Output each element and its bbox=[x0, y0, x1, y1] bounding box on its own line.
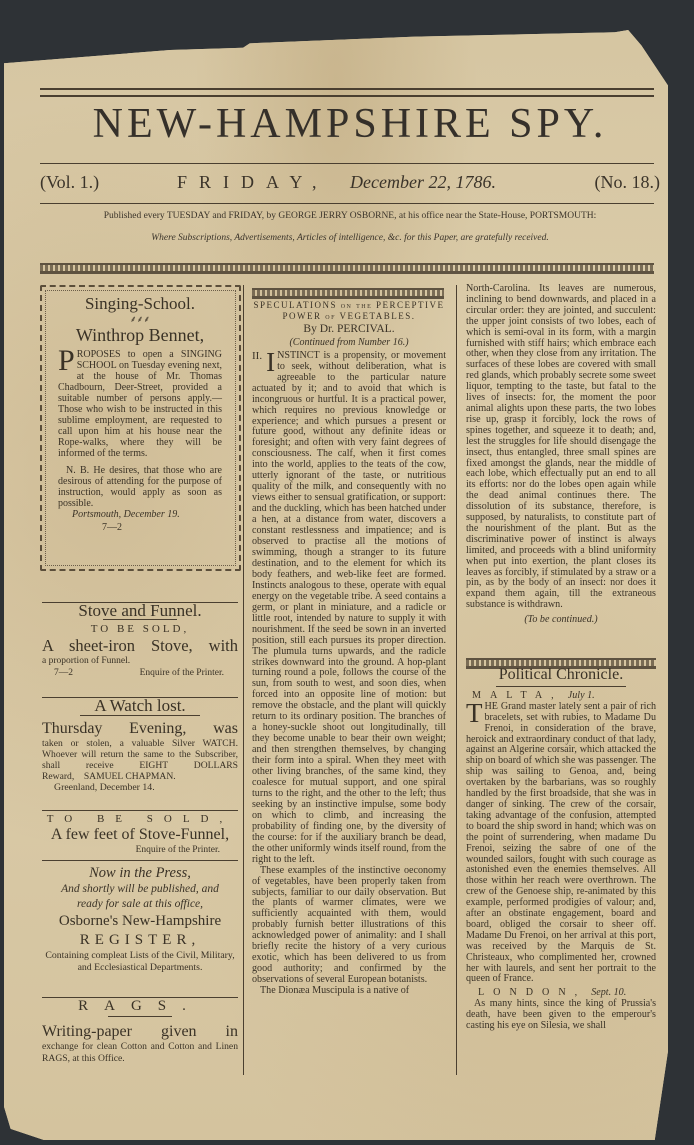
article-byline: By Dr. PERCIVAL. bbox=[252, 324, 446, 335]
register-line6: Containing compleat Lists of the Civil, … bbox=[42, 950, 238, 973]
column-divider-right bbox=[456, 285, 457, 1075]
article-dropcap: I bbox=[266, 351, 275, 373]
stove-ad: Stove and Funnel. TO BE SOLD, A sheet-ir… bbox=[42, 605, 238, 680]
masthead-top-rule bbox=[40, 88, 654, 97]
funnel-headline-text: A few feet of Stove-Funnel, bbox=[51, 826, 229, 843]
speculations-article: SPECULATIONS on the PERCEPTIVE POWER of … bbox=[252, 300, 446, 997]
singing-school-signoff: Portsmouth, December 19. bbox=[72, 509, 222, 521]
short-rule bbox=[496, 686, 626, 687]
register-line1: Now in the Press, bbox=[42, 864, 238, 882]
rags-heading: RAGS. bbox=[42, 1000, 238, 1012]
political-chronicle: Political Chronicle. MALTA, July 1. THE … bbox=[466, 670, 656, 1032]
singing-school-body: PROPOSES to open a SINGING SCHOOL on Tue… bbox=[58, 349, 222, 459]
short-rule bbox=[103, 619, 177, 620]
ornament-icon: ⸙⸙⸙ bbox=[58, 313, 222, 325]
singing-school-name: Winthrop Bennet, bbox=[58, 329, 222, 341]
stove-code: 7—2 bbox=[54, 667, 73, 679]
stove-line: a proportion of Funnel. bbox=[42, 655, 238, 667]
stove-heading: Stove and Funnel. bbox=[42, 605, 238, 617]
register-line5: REGISTER, bbox=[42, 931, 238, 950]
register-line3: ready for sale at this office, bbox=[42, 897, 238, 912]
middle-top-rule bbox=[252, 288, 444, 299]
watch-place-date: Greenland, December 14. bbox=[54, 782, 238, 794]
funnel-enquire: Enquire of the Printer. bbox=[42, 844, 238, 856]
watch-heading: A Watch lost. bbox=[42, 700, 238, 712]
singing-school-heading: Singing-School. bbox=[58, 298, 222, 310]
article-para-3: The Dionæa Muscipula is a native of bbox=[252, 986, 446, 997]
watch-headline: Thursday Evening, was bbox=[42, 719, 238, 738]
dateline: (Vol. 1.) FRIDAY, December 22, 1786. (No… bbox=[40, 172, 660, 198]
article-title-2: POWER of VEGETABLES. bbox=[252, 311, 446, 322]
continuation-text: North-Carolina. Its leaves are numerous,… bbox=[466, 284, 656, 611]
singing-school-text: ROPOSES to open a SINGING SCHOOL on Tues… bbox=[58, 349, 222, 459]
masthead-title: NEW-HAMPSHIRE SPY. bbox=[40, 100, 660, 148]
malta-place: MALTA, bbox=[472, 690, 563, 701]
short-rule bbox=[108, 1016, 172, 1017]
issue-number: (No. 18.) bbox=[595, 172, 661, 193]
speculations-continuation: North-Carolina. Its leaves are numerous,… bbox=[466, 284, 656, 626]
dateline-bottom-rule bbox=[40, 203, 654, 204]
rags-ad: RAGS. Writing-paper given in exchange fo… bbox=[42, 1000, 238, 1064]
stove-tag: TO BE SOLD, bbox=[42, 623, 238, 635]
malta-date: July 1. bbox=[568, 690, 595, 701]
register-ad: Now in the Press, And shortly will be pu… bbox=[42, 864, 238, 973]
register-line2: And shortly will be published, and bbox=[42, 882, 238, 897]
funnel-tag: TO BE SOLD, bbox=[42, 813, 238, 825]
article-title-1: SPECULATIONS on the PERCEPTIVE bbox=[252, 300, 446, 311]
malta-dropcap: T bbox=[466, 702, 483, 724]
watch-ad: A Watch lost. Thursday Evening, was take… bbox=[42, 700, 238, 795]
issue-date: December 22, 1786. bbox=[350, 172, 496, 193]
left-divider-4 bbox=[42, 860, 238, 861]
chronicle-heading: Political Chronicle. bbox=[466, 670, 656, 681]
london-place: LONDON, bbox=[478, 987, 586, 998]
article-continued: (Continued from Number 16.) bbox=[252, 338, 446, 349]
to-be-continued: (To be continued.) bbox=[466, 615, 656, 626]
funnel-ad: TO BE SOLD, A few feet of Stove-Funnel, … bbox=[42, 813, 238, 857]
left-divider-3 bbox=[42, 810, 238, 811]
column-divider-left bbox=[243, 285, 244, 1075]
stove-enquire-row: 7—2 Enquire of the Printer. bbox=[42, 667, 238, 679]
article-para-2: These examples of the instinctive oecono… bbox=[252, 866, 446, 986]
london-body: As many hints, since the king of Prussia… bbox=[466, 999, 656, 1032]
london-date: Sept. 10. bbox=[591, 987, 626, 998]
register-line4: Osborne's New-Hampshire bbox=[42, 912, 238, 931]
masthead-mid-rule bbox=[40, 163, 654, 164]
subscription-line: Where Subscriptions, Advertisements, Art… bbox=[30, 233, 670, 243]
singing-school-code: 7—2 bbox=[102, 522, 222, 534]
stove-headline: A sheet-iron Stove, with bbox=[42, 636, 238, 655]
article-para-1-text: NSTINCT is a propensity, or movement to … bbox=[252, 350, 446, 865]
malta-body-text: HE Grand master lately sent a pair of ri… bbox=[466, 701, 656, 985]
watch-body: taken or stolen, a valuable Silver WATCH… bbox=[42, 738, 238, 782]
stove-enquire: Enquire of the Printer. bbox=[140, 667, 224, 679]
singing-school-ad: Singing-School. ⸙⸙⸙ Winthrop Bennet, PRO… bbox=[58, 298, 222, 534]
singing-school-dropcap: P bbox=[58, 349, 75, 373]
watch-signer: SAMUEL CHAPMAN. bbox=[84, 771, 176, 782]
issue-day: FRIDAY, bbox=[177, 172, 329, 193]
article-para-1: II.INSTINCT is a propensity, or movement… bbox=[252, 351, 446, 866]
malta-body: THE Grand master lately sent a pair of r… bbox=[466, 702, 656, 986]
section-number: II. bbox=[252, 351, 262, 362]
rags-body: exchange for clean Cotton and Cotton and… bbox=[42, 1041, 238, 1064]
publisher-line: Published every TUESDAY and FRIDAY, by G… bbox=[30, 211, 670, 221]
singing-school-note: N. B. He desires, that those who are des… bbox=[58, 465, 222, 509]
masthead-bottom-rule bbox=[40, 263, 654, 274]
rags-headline: Writing-paper given in bbox=[42, 1022, 238, 1041]
volume-number: (Vol. 1.) bbox=[40, 172, 99, 193]
short-rule bbox=[80, 715, 200, 716]
funnel-headline: A few feet of Stove-Funnel, bbox=[42, 825, 238, 844]
